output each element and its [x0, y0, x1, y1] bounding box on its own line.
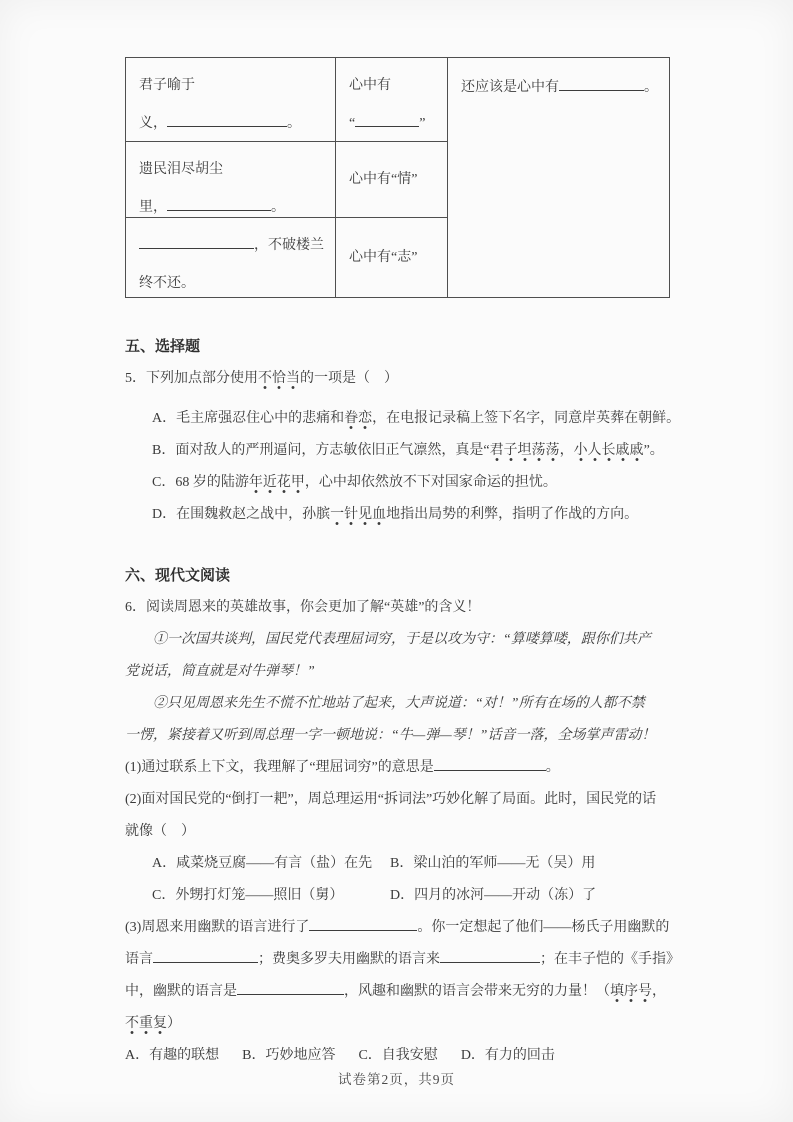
- text-run: 。: [287, 116, 301, 131]
- q6-sub2-option-a: A．咸菜烧豆腐——有言（盐）在先: [152, 848, 390, 880]
- q6-sub2-line2: 就像（ ）: [125, 816, 670, 848]
- passage-para1-line1: ①一次国共谈判，国民党代表理屈词穷，于是以攻为守：“算喽算喽，跟你们共产: [125, 624, 670, 656]
- passage-para2-line2: 一愣，紧接着又听到周总理一字一顿地说：“牛—弹—琴！”话音一落，全场掌声雷动！: [125, 720, 670, 752]
- text-run: 。: [271, 200, 285, 215]
- text-run: 心中有“志”: [349, 250, 417, 265]
- section5-heading: 五、选择题: [125, 331, 670, 363]
- blank-underline: [237, 979, 344, 995]
- emphasized-text: 年近花甲: [249, 475, 305, 494]
- text-run: 心中有: [349, 78, 391, 93]
- emphasized-text: 不重复: [125, 1016, 167, 1035]
- text-run: ，在电报记录稿上签下名字，同意岸英葬在朝鲜。: [372, 411, 680, 426]
- q6-sub2-option-c: C．外甥打灯笼——照旧（舅）: [152, 880, 390, 912]
- text-run: B．面对敌人的严刑逼问，方志敏依旧正气凛然，真是“: [152, 443, 490, 458]
- blank-underline: [139, 233, 254, 249]
- text-run: (1)通过联系上下文，我理解了“理屈词穷”的意思是: [125, 760, 434, 775]
- q6-sub3-line3: 中，幽默的语言是，风趣和幽默的语言会带来无穷的力量！（填序号，: [125, 976, 670, 1008]
- page-content: 君子喻于 义，。 心中有 “” 还应该是心中有。 遗民泪尽胡尘 里，。 心中有“…: [125, 57, 670, 1072]
- text-run: ，风趣和幽默的语言会带来无穷的力量！（: [344, 984, 610, 999]
- question5-options: A．毛主席强忍住心中的悲痛和眷恋，在电报记录稿上签下名字，同意岸英葬在朝鲜。 B…: [125, 403, 670, 531]
- text-run: 就像（ ）: [125, 824, 195, 839]
- text-run: D．在围魏救赵之战中，孙膑: [152, 507, 330, 522]
- text-run: 中，幽默的语言是: [125, 984, 237, 999]
- text-run: ；费奥多罗夫用幽默的语言来: [258, 952, 440, 967]
- text-run: 。: [546, 760, 560, 775]
- fill-blank-table: 君子喻于 义，。 心中有 “” 还应该是心中有。 遗民泪尽胡尘 里，。 心中有“…: [125, 57, 670, 298]
- blank-underline: [355, 111, 419, 127]
- poem-line: ，不破楼兰: [139, 227, 329, 265]
- q6-sub2-line1: (2)面对国民党的“倒打一耙”，周总理运用“拆词法”巧妙化解了局面。此时，国民党…: [125, 784, 670, 816]
- poem-line: 终不还。: [139, 265, 329, 297]
- text-run: 。你一定想起了他们——杨氏子用幽默的: [417, 920, 669, 935]
- table-cell-r1c2: 心中有 “”: [336, 58, 448, 142]
- answer-label: 心中有“情”: [349, 161, 417, 199]
- text-run: ”: [419, 116, 425, 131]
- q5-option-b: B．面对敌人的严刑逼问，方志敏依旧正气凛然，真是“君子坦荡荡，小人长戚戚”。: [125, 435, 670, 467]
- text-run: ，心中却依然放不下对国家命运的担忧。: [305, 475, 557, 490]
- merged-cell-text: 还应该是心中有。: [461, 69, 661, 107]
- text-run: 君子喻于: [139, 78, 195, 93]
- answer-label: 心中有: [349, 67, 441, 105]
- emphasized-text: 填序号: [610, 984, 652, 1003]
- text-run: 心中有“情”: [349, 172, 417, 187]
- table-cell-r2c2: 心中有“情”: [336, 142, 448, 218]
- q5-option-a: A．毛主席强忍住心中的悲痛和眷恋，在电报记录稿上签下名字，同意岸英葬在朝鲜。: [125, 403, 670, 435]
- text-run: ；在丰子恺的《手指》: [540, 952, 680, 967]
- text-run: 地指出局势的利弊，指明了作战的方向。: [386, 507, 638, 522]
- text-run: ，不破楼兰: [254, 238, 324, 253]
- page-footer: 试卷第2页，共9页: [0, 1068, 793, 1088]
- poem-line: 遗民泪尽胡尘: [139, 151, 329, 189]
- text-run: 终不还。: [139, 276, 195, 291]
- text-run: ，: [652, 984, 666, 999]
- emphasized-text: 眷恋: [344, 411, 372, 430]
- text-run: 语言: [125, 952, 153, 967]
- text-run: ”。: [644, 443, 664, 458]
- table-cell-r2c1: 遗民泪尽胡尘 里，。: [126, 142, 336, 218]
- text-run: 5．下列加点部分使用: [125, 371, 258, 386]
- q6-sub3-line4: 不重复）: [125, 1008, 670, 1040]
- passage-para1-line2: 党说话，简直就是对牛弹琴！”: [125, 656, 670, 688]
- q6-sub2-options: A．咸菜烧豆腐——有言（盐）在先 B．梁山泊的军师——无（吴）用 C．外甥打灯笼…: [152, 848, 670, 912]
- passage-para2-line1: ②只见周恩来先生不慌不忙地站了起来，大声说道：“对！”所有在场的人都不禁: [125, 688, 670, 720]
- blank-underline: [434, 755, 546, 771]
- text-run: (2)面对国民党的“倒打一耙”，周总理运用“拆词法”巧妙化解了局面。此时，国民党…: [125, 792, 656, 807]
- answer-label: 心中有“志”: [349, 239, 417, 277]
- q6-sub2-option-d: D．四月的冰河——开动（冻）了: [390, 880, 670, 912]
- text-run: 。: [644, 80, 658, 95]
- emphasized-text: 君子坦荡荡: [490, 443, 560, 462]
- text-run: (3)周恩来用幽默的语言进行了: [125, 920, 309, 935]
- blank-underline: [153, 947, 258, 963]
- emphasized-text: 不恰当: [258, 371, 300, 390]
- text-run: 遗民泪尽胡尘: [139, 162, 223, 177]
- emphasized-text: 小人长戚戚: [574, 443, 644, 462]
- text-run: 里，: [139, 200, 167, 215]
- blank-underline: [167, 111, 287, 127]
- question5-stem: 5．下列加点部分使用不恰当的一项是（ ）: [125, 363, 670, 395]
- text-run: 的一项是（ ）: [300, 371, 398, 386]
- blank-underline: [559, 75, 644, 91]
- question6-stem: 6．阅读周恩来的英雄故事，你会更加了解“英雄”的含义！: [125, 592, 670, 624]
- text-run: C．68 岁的陆游: [152, 475, 249, 490]
- poem-line: 里，。: [139, 189, 329, 218]
- q6-sub3-line2: 语言；费奥多罗夫用幽默的语言来；在丰子恺的《手指》: [125, 944, 670, 976]
- text-run: 还应该是心中有: [461, 80, 559, 95]
- table-cell-merged-col3: 还应该是心中有。: [448, 58, 667, 297]
- text-run: 义，: [139, 116, 167, 131]
- text-run: ，: [560, 443, 574, 458]
- table-cell-r3c1: ，不破楼兰 终不还。: [126, 218, 336, 297]
- answer-blank-line: “”: [349, 105, 441, 142]
- blank-underline: [167, 195, 271, 211]
- poem-line: 君子喻于: [139, 67, 329, 105]
- q5-option-c: C．68 岁的陆游年近花甲，心中却依然放不下对国家命运的担忧。: [125, 467, 670, 499]
- text-run: ）: [167, 1016, 181, 1031]
- section6-heading: 六、现代文阅读: [125, 560, 670, 592]
- q6-sub1: (1)通过联系上下文，我理解了“理屈词穷”的意思是。: [125, 752, 670, 784]
- blank-underline: [309, 915, 417, 931]
- q6-sub3-line1: (3)周恩来用幽默的语言进行了。你一定想起了他们——杨氏子用幽默的: [125, 912, 670, 944]
- poem-line: 义，。: [139, 105, 329, 142]
- table-cell-r3c2: 心中有“志”: [336, 218, 448, 297]
- table-cell-r1c1: 君子喻于 义，。: [126, 58, 336, 142]
- emphasized-text: 一针见血: [330, 507, 386, 526]
- q6-sub2-option-b: B．梁山泊的军师——无（吴）用: [390, 848, 670, 880]
- text-run: A．毛主席强忍住心中的悲痛和: [152, 411, 344, 426]
- blank-underline: [440, 947, 540, 963]
- exam-page: 君子喻于 义，。 心中有 “” 还应该是心中有。 遗民泪尽胡尘 里，。 心中有“…: [0, 0, 793, 1122]
- q5-option-d: D．在围魏救赵之战中，孙膑一针见血地指出局势的利弊，指明了作战的方向。: [125, 499, 670, 531]
